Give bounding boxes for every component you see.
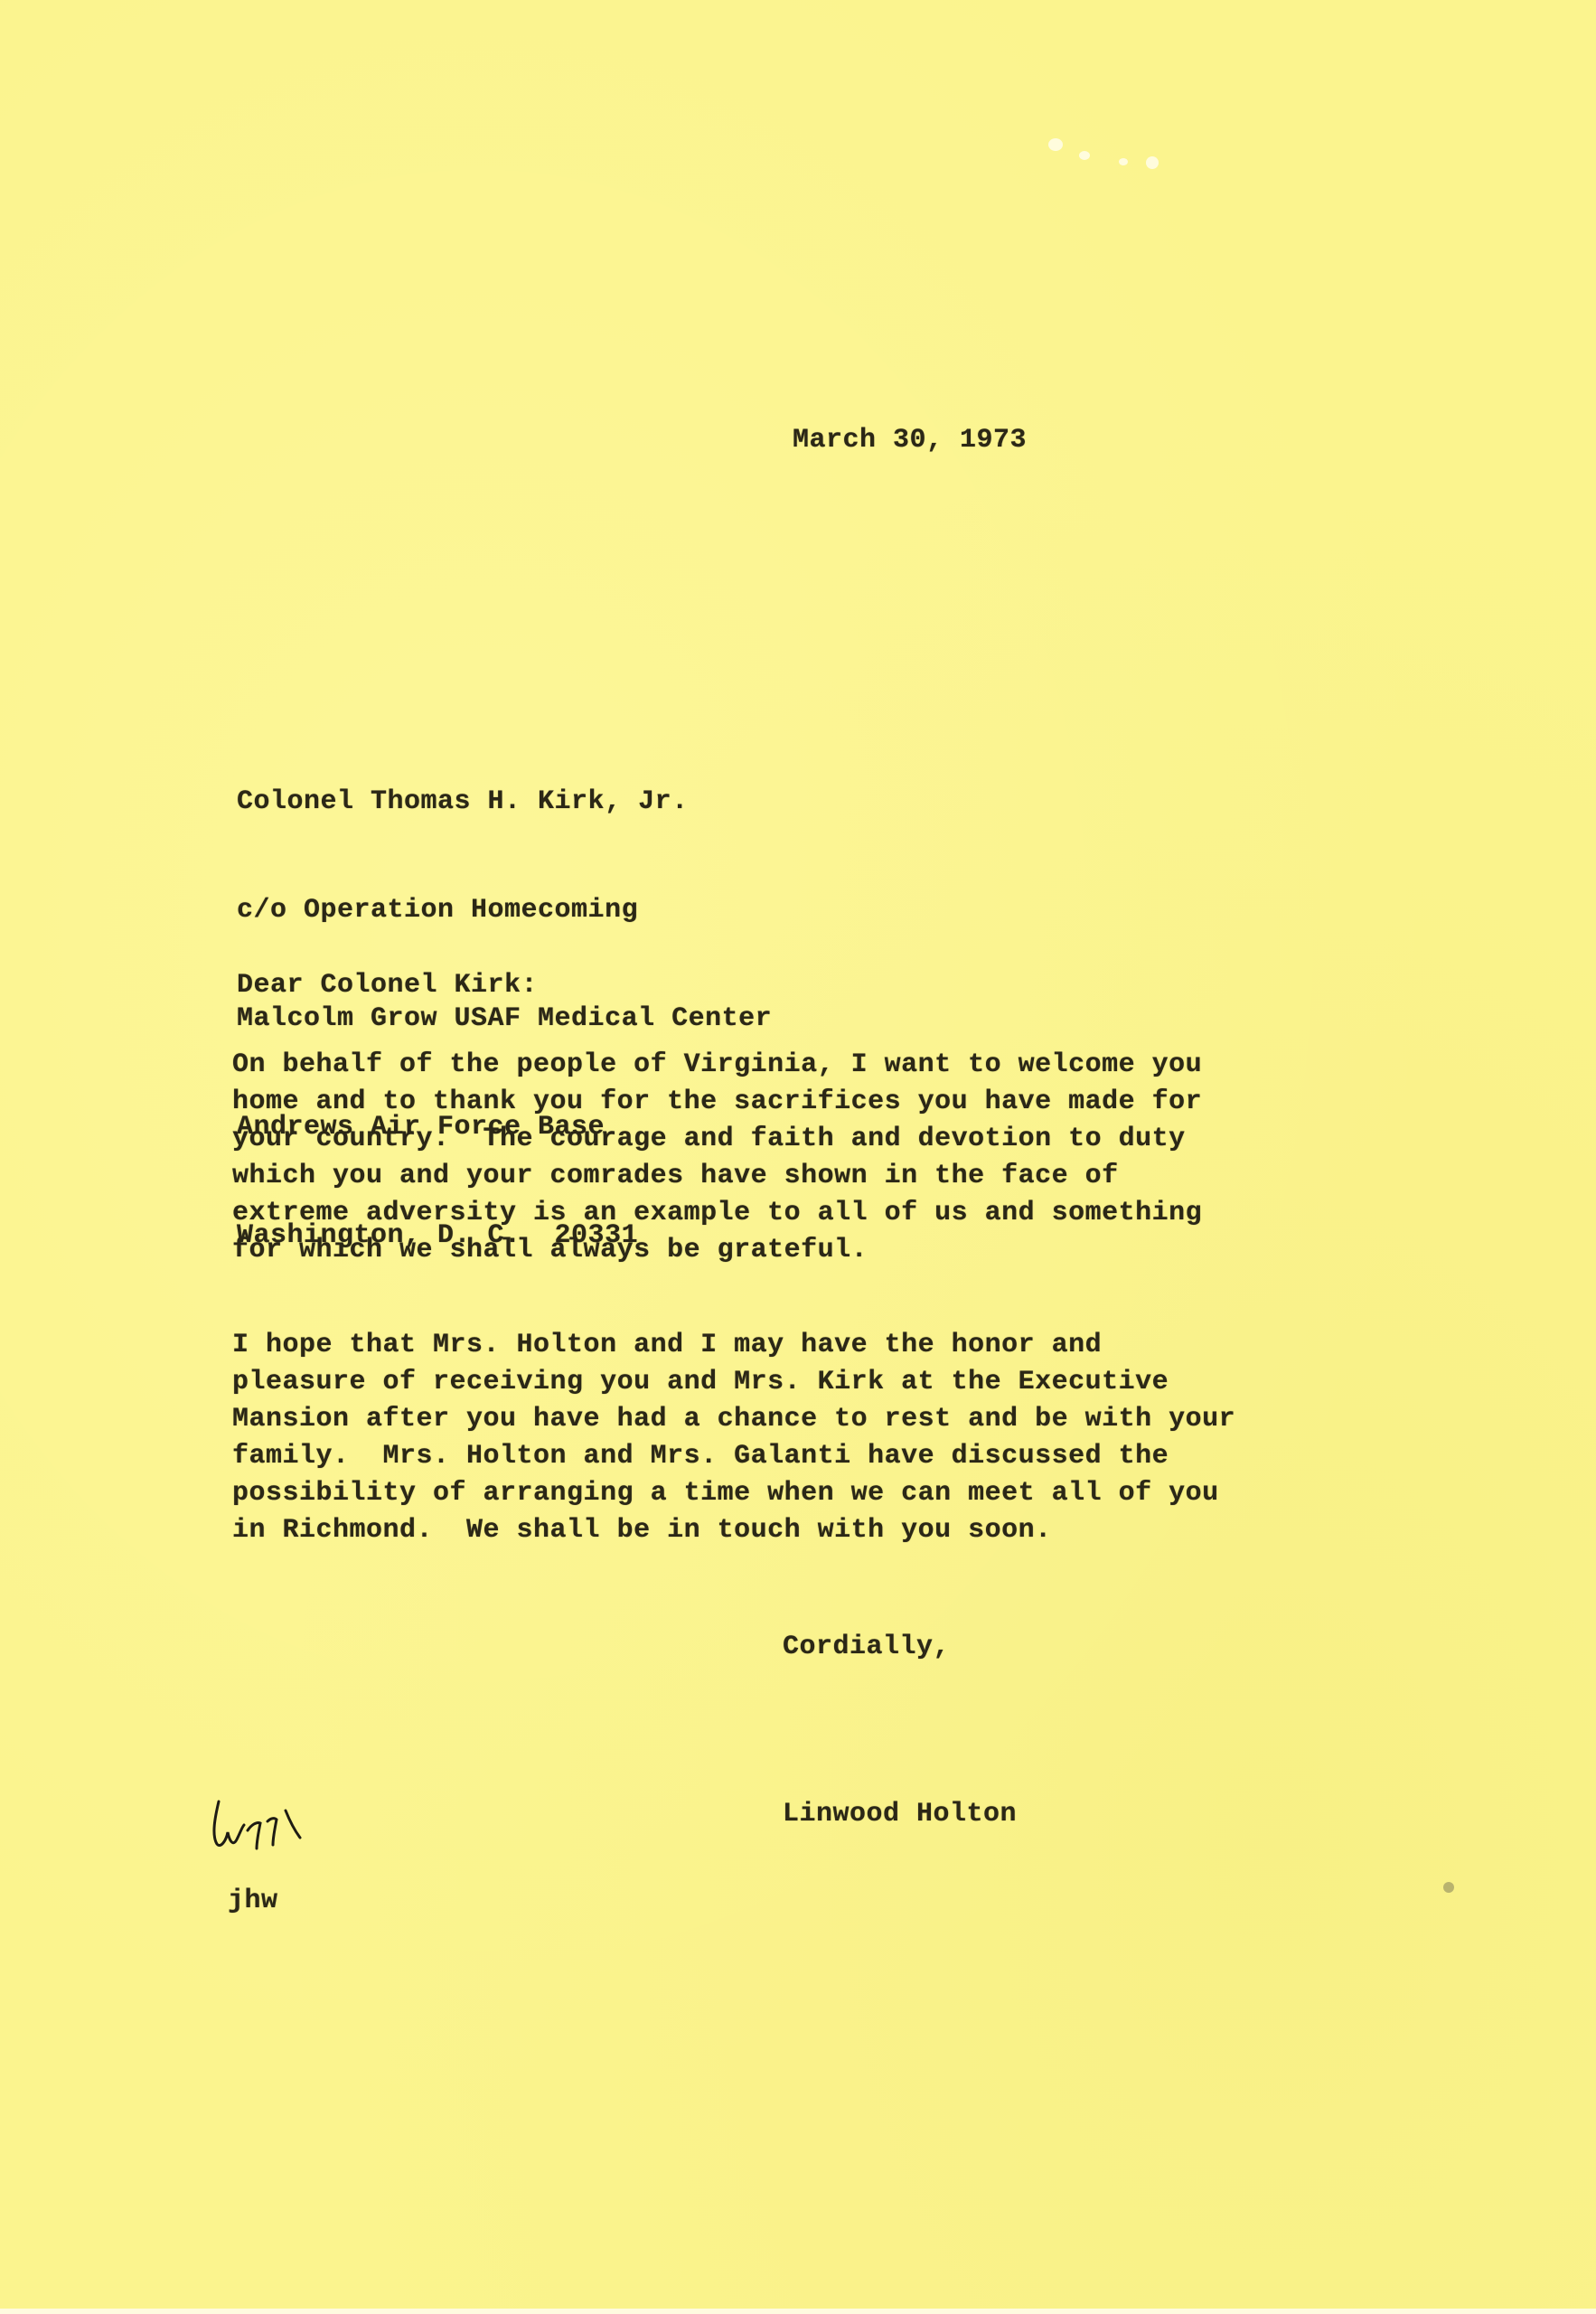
paragraph-line: which you and your comrades have shown i… xyxy=(232,1158,1407,1195)
paragraph-line: possibility of arranging a time when we … xyxy=(232,1475,1407,1512)
paragraph-line: your country. The courage and faith and … xyxy=(232,1121,1407,1158)
address-line: Malcolm Grow USAF Medical Center xyxy=(237,1001,772,1037)
paragraph-line: family. Mrs. Holton and Mrs. Galanti hav… xyxy=(232,1438,1407,1475)
paragraph-line: On behalf of the people of Virginia, I w… xyxy=(232,1047,1407,1084)
letter-date: March 30, 1973 xyxy=(793,422,1027,458)
paragraph-line: I hope that Mrs. Holton and I may have t… xyxy=(232,1327,1407,1364)
letter-page: March 30, 1973 Colonel Thomas H. Kirk, J… xyxy=(0,0,1596,2314)
body-paragraph-1: On behalf of the people of Virginia, I w… xyxy=(232,1047,1407,1269)
paper-speck xyxy=(1443,1882,1454,1893)
page-bottom-edge xyxy=(0,2309,1596,2314)
signer-name: Linwood Holton xyxy=(783,1796,1017,1832)
typist-initials: jhw xyxy=(228,1883,278,1919)
paragraph-line: pleasure of receiving you and Mrs. Kirk … xyxy=(232,1364,1407,1401)
paragraph-line: home and to thank you for the sacrifices… xyxy=(232,1084,1407,1121)
closing: Cordially, xyxy=(783,1629,950,1665)
paragraph-line: Mansion after you have had a chance to r… xyxy=(232,1401,1407,1438)
paper-punch-marks xyxy=(1039,131,1166,176)
body-paragraph-2: I hope that Mrs. Holton and I may have t… xyxy=(232,1327,1407,1549)
address-line: Colonel Thomas H. Kirk, Jr. xyxy=(237,784,772,820)
salutation: Dear Colonel Kirk: xyxy=(237,967,538,1003)
address-line: c/o Operation Homecoming xyxy=(237,892,772,928)
paragraph-line: in Richmond. We shall be in touch with y… xyxy=(232,1512,1407,1549)
paragraph-line: for which we shall always be grateful. xyxy=(232,1232,1407,1269)
paragraph-line: extreme adversity is an example to all o… xyxy=(232,1195,1407,1232)
handwritten-initials xyxy=(208,1794,307,1858)
